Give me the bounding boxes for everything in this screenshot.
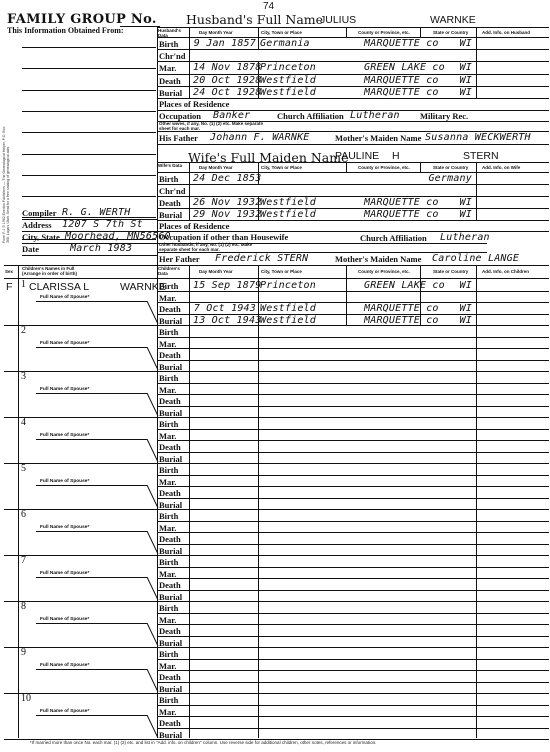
husband-father-label: His Father [159, 133, 198, 143]
wife-surname-field[interactable]: STERN [463, 150, 499, 162]
child-sex-field[interactable] [6, 557, 16, 569]
spouse-line [36, 531, 147, 532]
husband-surname-field[interactable]: WARNKE [430, 14, 476, 26]
child-addl-info-field[interactable] [478, 533, 547, 543]
husband-church-label: Church Affiliation [277, 111, 344, 121]
column-divider [346, 27, 347, 38]
compiler-compiler-label: Compiler [22, 208, 56, 218]
child-addl-info-field[interactable] [478, 717, 547, 727]
wife-church-field[interactable]: Lutheran [440, 232, 490, 243]
wife-event-label: Burial [159, 210, 182, 220]
obtained-from-line [22, 47, 156, 48]
child-addl-info-field[interactable] [478, 326, 547, 336]
wife-church-label: Church Affiliation [360, 233, 427, 243]
child-addl-info-field[interactable] [478, 476, 547, 486]
child-event-label: Burial [159, 362, 182, 372]
wife-addl-info-field[interactable] [478, 209, 547, 219]
wife-state-field[interactable]: WI [420, 209, 472, 220]
wife-mother-field[interactable]: Caroline LANGE [432, 253, 519, 264]
obtained-from-line [22, 196, 156, 197]
child-number: 4 [21, 417, 26, 428]
child-name-field[interactable] [29, 419, 154, 431]
child-spouse-field[interactable] [36, 533, 141, 545]
wife-residence-label: Places of Residence [159, 221, 229, 231]
child-addl-info-field[interactable] [478, 361, 547, 371]
husband-name-label: Husband's Full Name [186, 12, 323, 27]
child-number: 8 [21, 601, 26, 612]
obtained-from-line [22, 132, 156, 133]
child-event-label: Mar. [159, 569, 176, 579]
child-spouse-field[interactable] [36, 671, 141, 683]
child-sex-field[interactable] [6, 695, 16, 707]
spouse-line [36, 669, 147, 670]
child-number: 5 [21, 463, 26, 474]
column-divider [189, 27, 190, 98]
child-event-label: Death [159, 350, 181, 360]
husband-first-name-field[interactable]: JULIUS [320, 14, 356, 26]
column-divider [258, 162, 259, 184]
spouse-line [36, 485, 147, 486]
child-addl-info-field[interactable] [478, 395, 547, 405]
wife-top-line [157, 162, 549, 163]
child-number: 1 [21, 279, 26, 290]
child-event-label: Burial [159, 592, 182, 602]
children-addl-header: Add. Info. on Children [482, 269, 529, 274]
child-addl-info-field[interactable] [478, 706, 547, 716]
child-event-label: Death [159, 534, 181, 544]
child-number: 2 [21, 325, 26, 336]
child-city-field[interactable]: Princeton [260, 280, 344, 291]
child-spouse-field[interactable] [36, 717, 141, 729]
child-event-label: Mar. [159, 477, 176, 487]
child-addl-info-field[interactable] [478, 384, 547, 394]
child-date-field[interactable]: 13 Oct 1943 [193, 315, 256, 326]
husband-state-field[interactable]: WI [420, 38, 472, 49]
child-spouse-field[interactable] [36, 349, 141, 361]
child-event-label: Mar. [159, 661, 176, 671]
spouse-line [36, 623, 147, 624]
child-event-label: Mar. [159, 339, 176, 349]
spouse-label: Full Name of Spouse* [40, 571, 89, 576]
child-addl-info-field[interactable] [478, 579, 547, 589]
child-addl-info-field[interactable] [478, 499, 547, 509]
column-divider [476, 27, 477, 98]
husband-event-label: Chr'nd [159, 51, 185, 61]
child-event-label: Birth [159, 649, 178, 659]
child-name-field[interactable]: CLARISSA L [29, 281, 89, 293]
wife-other-husbands-note: Other husbands, if any, No. (1) (2) etc.… [159, 243, 269, 252]
child-spouse-field[interactable] [36, 303, 141, 315]
child-event-label: Burial [159, 454, 182, 464]
child-addl-info-field[interactable] [478, 614, 547, 624]
child-addl-info-field[interactable] [478, 522, 547, 532]
wife-first-name-field[interactable]: PAULINE [335, 150, 379, 162]
wife-father-field[interactable]: Frederick STERN [215, 253, 308, 264]
wife-state-field[interactable]: WI [420, 197, 472, 208]
publisher-note-text: Form F-1 © 1962 Everton Publishers — The… [2, 125, 10, 243]
child-addl-info-field[interactable] [478, 430, 547, 440]
husband-occupation-label: Occupation [159, 111, 201, 121]
child-event-label: Death [159, 488, 181, 498]
wife-addl-info-field[interactable] [478, 185, 547, 195]
child-name-field[interactable] [29, 649, 154, 661]
spouse-label: Full Name of Spouse* [40, 387, 89, 392]
husband-date-field[interactable]: 14 Nov 1878 [193, 62, 256, 73]
husband-addl-info-field[interactable] [478, 62, 547, 72]
spouse-line [36, 715, 147, 716]
child-addl-info-field[interactable] [478, 441, 547, 451]
child-state-field[interactable]: WI [420, 315, 472, 326]
child-name-field[interactable] [29, 603, 154, 615]
child-addl-info-field[interactable] [478, 694, 547, 704]
child-addl-info-field[interactable] [478, 407, 547, 417]
compiler-address-label: Address [22, 220, 52, 230]
spouse-label: Full Name of Spouse* [40, 433, 89, 438]
wife-county-header: County or Province, etc. [358, 165, 410, 170]
family-group-number-field[interactable] [120, 12, 160, 27]
husband-addl-info-field[interactable] [478, 87, 547, 97]
child-addl-info-field[interactable] [478, 349, 547, 359]
child-event-label: Burial [159, 684, 182, 694]
child-event-label: Death [159, 718, 181, 728]
column-divider [420, 265, 421, 278]
child-addl-info-field[interactable] [478, 280, 547, 290]
husband-addl-info-field[interactable] [478, 38, 547, 48]
husband-state-header: State or Country [433, 30, 468, 35]
column-divider [258, 37, 259, 49]
child-sex-field[interactable] [6, 465, 16, 477]
footnote: *If married more than once No. each mar.… [30, 740, 376, 745]
child-event-label: Burial [159, 730, 182, 740]
compiler-city-state-field[interactable]: Moorhead, MN56560 [65, 231, 171, 242]
spouse-label: Full Name of Spouse* [40, 617, 89, 622]
child-number: 9 [21, 647, 26, 658]
husband-occupation-field[interactable]: Banker [213, 110, 250, 121]
spouse-line [36, 347, 147, 348]
wife-addl-header: Add. Info. on Wife [482, 165, 520, 170]
wife-middle-field[interactable]: H [392, 150, 400, 162]
child-sex-field[interactable]: F [6, 281, 12, 293]
child-sex-field[interactable] [6, 419, 16, 431]
wife-data-header: Wife's Data [158, 163, 188, 168]
child-name-field[interactable] [29, 373, 154, 385]
wife-event-label: Birth [159, 174, 178, 184]
child-event-label: Death [159, 626, 181, 636]
obtained-from-line [22, 154, 156, 155]
child-event-label: Birth [159, 327, 178, 337]
wife-event-label: Death [159, 198, 181, 208]
child-addl-info-field[interactable] [478, 545, 547, 555]
child-event-label: Mar. [159, 431, 176, 441]
column-divider [420, 27, 421, 38]
husband-residence-label: Places of Residence [159, 99, 229, 109]
child-number: 7 [21, 555, 26, 566]
child-city-field[interactable]: Westfield [260, 315, 344, 326]
compiler-compiler-field[interactable]: R. G. WERTH [62, 207, 130, 218]
child-addl-info-field[interactable] [478, 648, 547, 658]
wife-date-header: Day Month Year [199, 165, 233, 170]
obtained-from-label: This Information Obtained From: [7, 26, 124, 35]
column-divider [258, 196, 259, 220]
children-data-header: Children's Data [158, 266, 188, 276]
compiler-address-field[interactable]: 1207 S 7th St [62, 219, 143, 230]
obtained-from-line [22, 175, 156, 176]
husband-county-header: County or Province, etc. [358, 30, 410, 35]
wife-mother-label: Mother's Maiden Name [335, 254, 421, 264]
children-state-header: State or Country [433, 269, 468, 274]
column-divider [476, 162, 477, 220]
compiler-city-state-label: City, State [22, 232, 60, 242]
child-addl-info-field[interactable] [478, 683, 547, 693]
child-date-field[interactable]: 7 Oct 1943 [193, 303, 256, 314]
wife-date-field[interactable]: 26 Nov 1932 [193, 197, 256, 208]
children-top-line [4, 265, 549, 266]
husband-city-header: City, Town or Place [261, 30, 302, 35]
husband-event-label: Birth [159, 39, 178, 49]
husband-state-field[interactable]: WI [420, 75, 472, 86]
child-event-label: Birth [159, 557, 178, 567]
child-event-label: Mar. [159, 707, 176, 717]
husband-city-field[interactable]: Westfield [260, 75, 344, 86]
husband-addl-header: Add. Info. on Husband [482, 30, 530, 35]
child-addl-info-field[interactable] [478, 671, 547, 681]
child-addl-info-field[interactable] [478, 292, 547, 302]
spouse-line [36, 439, 147, 440]
wife-addl-info-field[interactable] [478, 197, 547, 207]
compiler-date-field[interactable]: March 1983 [70, 243, 132, 254]
children-county-header: County or Province, etc. [358, 269, 410, 274]
husband-mother-field[interactable]: Susanna WECKWERTH [425, 132, 531, 143]
child-event-label: Death [159, 396, 181, 406]
publisher-margin-note: Form F-1 © 1962 Everton Publishers — The… [2, 125, 16, 245]
child-event-label: Birth [159, 373, 178, 383]
child-event-label: Birth [159, 603, 178, 613]
child-sex-field[interactable] [6, 603, 16, 615]
spouse-label: Full Name of Spouse* [40, 663, 89, 668]
child-addl-info-field[interactable] [478, 338, 547, 348]
husband-city-field[interactable]: Germania [260, 38, 344, 49]
obtained-from-line [22, 90, 156, 91]
child-addl-info-field[interactable] [478, 625, 547, 635]
husband-father-field[interactable]: Johann F. WARNKE [210, 132, 310, 143]
wife-city-field[interactable]: Westfield [260, 197, 344, 208]
wife-occupation-label: Occupation if other than Housewife [159, 232, 288, 242]
child-number: 6 [21, 509, 26, 520]
child-spouse-field[interactable] [36, 579, 141, 591]
child-addl-info-field[interactable] [478, 568, 547, 578]
husband-event-label: Death [159, 76, 181, 86]
husband-military-label: Military Rec. [420, 111, 468, 121]
child-sex-field[interactable] [6, 373, 16, 385]
child-addl-info-field[interactable] [478, 372, 547, 382]
wife-state-header: State or Country [433, 165, 468, 170]
husband-state-field[interactable]: WI [420, 87, 472, 98]
column-divider [420, 162, 421, 173]
column-divider [346, 265, 347, 278]
child-name-field[interactable] [29, 511, 154, 523]
wife-date-field[interactable]: 24 Dec 1853 [193, 173, 256, 184]
child-event-label: Death [159, 672, 181, 682]
child-event-label: Birth [159, 511, 178, 521]
child-spouse-field[interactable] [36, 395, 141, 407]
child-name-field[interactable] [29, 327, 154, 339]
child-name-field[interactable] [29, 557, 154, 569]
husband-addl-info-field[interactable] [478, 50, 547, 60]
wife-city-field[interactable]: Westfield [260, 209, 344, 220]
husband-date-header: Day Month Year [199, 30, 233, 35]
husband-state-field[interactable]: WI [420, 62, 472, 73]
child-spouse-field[interactable] [36, 487, 141, 499]
wife-date-field[interactable]: 29 Nov 1932 [193, 209, 256, 220]
child-addl-info-field[interactable] [478, 637, 547, 647]
child-addl-info-field[interactable] [478, 556, 547, 566]
obtained-from-line [22, 68, 156, 69]
children-names-subheader: (Arrange in order of birth) [22, 271, 77, 276]
child-event-label: Death [159, 580, 181, 590]
child-sex-field[interactable] [6, 649, 16, 661]
husband-city-field[interactable]: Westfield [260, 87, 344, 98]
child-addl-info-field[interactable] [478, 453, 547, 463]
column-divider [346, 162, 347, 173]
child-state-field[interactable]: WI [420, 303, 472, 314]
child-addl-info-field[interactable] [478, 487, 547, 497]
child-name-field[interactable] [29, 465, 154, 477]
husband-date-field[interactable]: 20 Oct 1928 [193, 75, 256, 86]
child-event-label: Death [159, 304, 181, 314]
wife-addl-info-field[interactable] [478, 173, 547, 183]
child-event-label: Mar. [159, 293, 176, 303]
spouse-label: Full Name of Spouse* [40, 341, 89, 346]
spouse-line [36, 577, 147, 578]
obtained-from-line [22, 111, 156, 112]
spouse-label: Full Name of Spouse* [40, 709, 89, 714]
child-addl-info-field[interactable] [478, 464, 547, 474]
child-event-label: Burial [159, 408, 182, 418]
rule-line [22, 255, 157, 256]
wife-city-header: City, Town or Place [261, 165, 302, 170]
child-number: 3 [21, 371, 26, 382]
child-event-label: Burial [159, 500, 182, 510]
child-state-field[interactable]: WI [420, 280, 472, 291]
child-sex-field[interactable] [6, 327, 16, 339]
husband-church-field[interactable]: Lutheran [350, 110, 400, 121]
child-event-label: Mar. [159, 385, 176, 395]
husband-event-label: Mar. [159, 63, 176, 73]
child-event-label: Burial [159, 638, 182, 648]
husband-addl-info-field[interactable] [478, 75, 547, 85]
child-addl-info-field[interactable] [478, 602, 547, 612]
child-date-field[interactable]: 15 Sep 1879 [193, 280, 256, 291]
wife-event-label: Chr'nd [159, 186, 185, 196]
child-city-field[interactable]: Westfield [260, 303, 344, 314]
child-spouse-field[interactable] [36, 441, 141, 453]
child-addl-info-field[interactable] [478, 303, 547, 313]
child-event-label: Birth [159, 465, 178, 475]
husband-mother-label: Mother's Maiden Name [335, 133, 421, 143]
husband-date-field[interactable]: 24 Oct 1928 [193, 87, 256, 98]
column-divider [189, 162, 190, 220]
wife-state-field[interactable]: Germany [420, 173, 472, 184]
wife-father-label: Her Father [159, 254, 200, 264]
compiler-date-label: Date [22, 244, 39, 254]
spouse-label: Full Name of Spouse* [40, 479, 89, 484]
child-addl-info-field[interactable] [478, 418, 547, 428]
child-event-label: Burial [159, 546, 182, 556]
spouse-line [36, 393, 147, 394]
husband-other-wives-note: Other wives, if any, No. (1) (2) etc. Ma… [159, 122, 269, 131]
child-event-label: Birth [159, 695, 178, 705]
child-spouse-field[interactable] [36, 625, 141, 637]
husband-date-field[interactable]: 9 Jan 1857 [193, 38, 256, 49]
husband-city-field[interactable]: Princeton [260, 62, 344, 73]
children-sex-header: Sex [5, 269, 13, 274]
child-addl-info-field[interactable] [478, 729, 547, 739]
child-event-label: Mar. [159, 523, 176, 533]
children-city-header: City, Town or Place [261, 269, 302, 274]
child-addl-info-field[interactable] [478, 660, 547, 670]
column-divider [258, 61, 259, 98]
rule-line [157, 144, 549, 145]
child-event-label: Birth [159, 419, 178, 429]
child-event-label: Burial [159, 316, 182, 326]
child-event-label: Mar. [159, 615, 176, 625]
spouse-label: Full Name of Spouse* [40, 295, 89, 300]
husband-top-line [157, 27, 549, 28]
page-number: 74 [263, 1, 274, 12]
husband-event-label: Burial [159, 88, 182, 98]
child-addl-info-field[interactable] [478, 591, 547, 601]
child-sex-field[interactable] [6, 511, 16, 523]
child-event-label: Birth [159, 281, 178, 291]
spouse-label: Full Name of Spouse* [40, 525, 89, 530]
child-event-label: Death [159, 442, 181, 452]
child-name-field[interactable] [29, 695, 154, 707]
spouse-line [36, 301, 147, 302]
child-addl-info-field[interactable] [478, 315, 547, 325]
children-date-header: Day Month Year [199, 269, 233, 274]
child-addl-info-field[interactable] [478, 510, 547, 520]
